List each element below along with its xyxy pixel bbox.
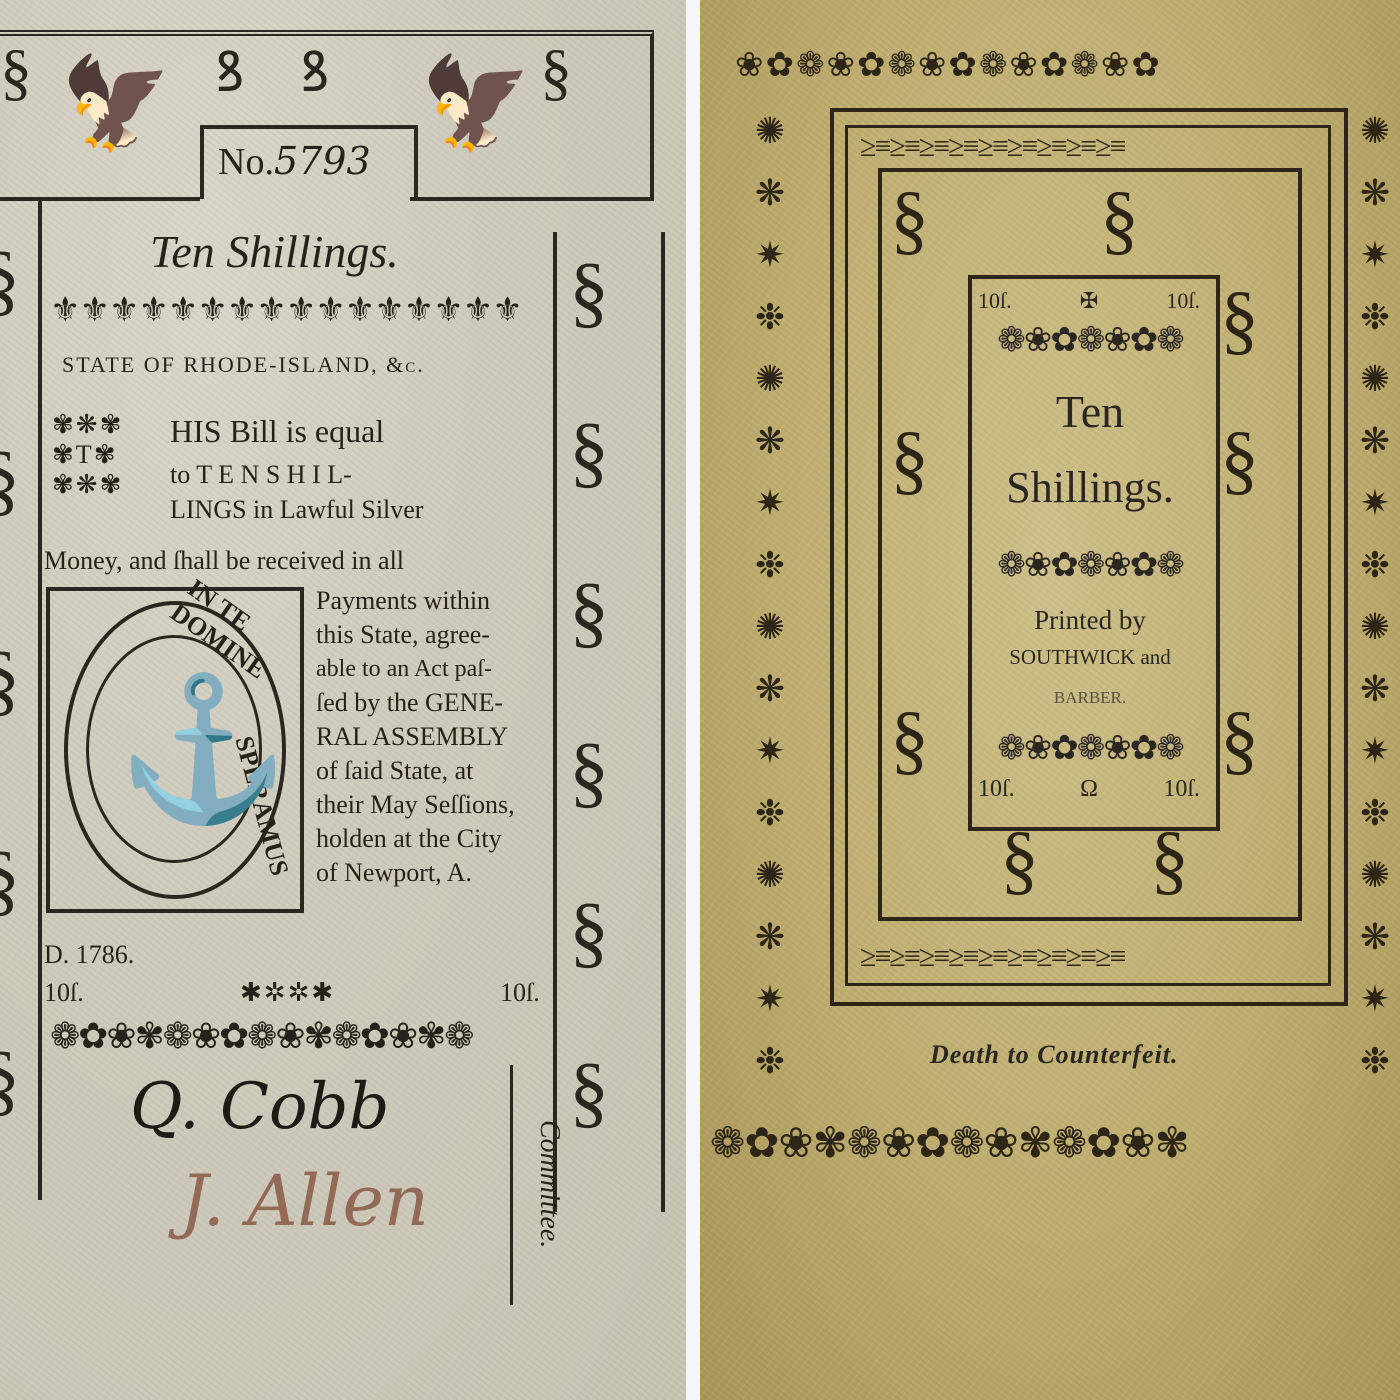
- body-line-13: of Newport, A.: [316, 858, 472, 888]
- vine-icon: §: [569, 412, 609, 492]
- eagle-right-icon: 🦅: [420, 60, 532, 150]
- ornament-column-glyphs: ✺ ❋ ✷ ❉ ✺ ❋ ✷ ❉ ✺ ❋ ✷ ❉ ✺ ❋ ✷ ❉: [725, 100, 815, 1092]
- body-line-8: ſed by the GENE-: [316, 688, 503, 718]
- scroll-ornament-icon: §: [890, 420, 929, 498]
- rosette-row-middle: ❁❀✿❁❀✿❁: [968, 545, 1212, 585]
- scroll-ornament-icon: §: [1150, 820, 1189, 898]
- flower-ornament-icon: ✾: [94, 440, 118, 469]
- right-vine-border: § § § § § §: [553, 232, 665, 1212]
- vine-icon: §: [0, 840, 20, 920]
- flower-ornament-icon: ✾: [52, 440, 76, 469]
- serial-number: No.5793: [218, 139, 371, 184]
- denomination-left: 10ſ.: [44, 978, 84, 1008]
- banknote-front: § 🦅 ꝸ ꝸ 🦅 § No.5793 § § § § § § § § § § …: [0, 0, 686, 1400]
- center-mark-icon: Ω: [1080, 776, 1098, 802]
- printer-line-1: Printed by: [968, 605, 1212, 636]
- fleur-de-lis-row: ⚜⚜⚜⚜⚜⚜⚜⚜⚜⚜⚜⚜⚜⚜⚜⚜: [50, 290, 522, 330]
- note-title: Ten Shillings.: [150, 225, 399, 278]
- denomination-top-left: 10ſ.: [978, 288, 1012, 314]
- vine-icon: §: [0, 240, 20, 320]
- top-ornament-row: ❀✿❁❀✿❁❀✿❁❀✿❁❀✿: [735, 45, 1162, 85]
- rosette-row-top: ❁❀✿❁❀✿❁: [968, 320, 1212, 360]
- vine-icon: §: [569, 732, 609, 812]
- left-ornament-column: ✺ ❋ ✷ ❉ ✺ ❋ ✷ ❉ ✺ ❋ ✷ ❉ ✺ ❋ ✷ ❉: [725, 100, 815, 1092]
- star-ornament-row: ✱✲✲✱: [240, 978, 335, 1008]
- chevron-border-bottom: ≥≡≥≡≥≡≥≡≥≡≥≡≥≡≥≡≥≡: [860, 940, 1124, 974]
- printer-line-3: BARBER.: [968, 688, 1212, 708]
- signature-allen: J. Allen: [180, 1160, 429, 1242]
- scroll-ornament-icon: §: [890, 700, 929, 778]
- flower-ornament-icon: ✾❋✾: [52, 410, 123, 440]
- back-title-line-2: Shillings.: [968, 462, 1212, 513]
- vine-icon: §: [0, 440, 20, 520]
- eagle-left-icon: 🦅: [60, 60, 172, 150]
- body-line-3: LINGS in Lawful Silver: [170, 495, 423, 525]
- small-ornament-icon: ✠: [1080, 288, 1098, 313]
- body-line-10: of ſaid State, at: [316, 756, 473, 786]
- denomination-right: 10ſ.: [500, 978, 540, 1008]
- vine-icon: §: [569, 892, 609, 972]
- vine-icon: §: [0, 1040, 20, 1120]
- panel-bottom-denominations: 10ſ. Ω 10ſ.: [968, 776, 1212, 803]
- rosette-row-bottom: ❁❀✿❁❀✿❁: [968, 728, 1212, 768]
- body-line-7: able to an Act paſ-: [316, 654, 492, 684]
- back-title-line-1: Ten: [968, 385, 1212, 438]
- bottom-rosette-row: ❁✿❀✾❁❀✿❁❀✾❁✿❀✾: [710, 1118, 1189, 1168]
- scroll-ornament-icon: ꝸ: [215, 45, 244, 101]
- body-line-4: Money, and ſhall be received in all: [44, 546, 404, 576]
- scroll-ornament-icon: §: [890, 180, 929, 258]
- scroll-ornament-icon: ꝸ: [300, 45, 329, 101]
- right-ornament-column: ✺ ❋ ✷ ❉ ✺ ❋ ✷ ❉ ✺ ❋ ✷ ❉ ✺ ❋ ✷ ❉: [1345, 100, 1400, 1092]
- left-vine-border: § § § § §: [0, 200, 42, 1200]
- scroll-ornament-icon: §: [1000, 820, 1039, 898]
- initial-letter: T: [76, 440, 94, 469]
- scroll-ornament-icon: §: [540, 40, 572, 104]
- panel-top-denominations: 10ſ. ✠ 10ſ.: [968, 288, 1212, 314]
- vine-icon: §: [0, 640, 20, 720]
- flower-ornament-icon: ✾❋✾: [52, 470, 123, 500]
- body-line-11: their May Seſſions,: [316, 790, 515, 820]
- anchor-seal: IN TE DOMINE SPERAMUS ⚓: [46, 587, 304, 913]
- serial-digits: 5793: [274, 139, 371, 183]
- body-line-9: RAL ASSEMBLY: [316, 722, 508, 752]
- scroll-ornament-icon: §: [1220, 280, 1259, 358]
- vine-icon: §: [569, 1052, 609, 1132]
- committee-brace: [500, 1065, 513, 1305]
- printer-line-2: SOUTHWICK and: [968, 645, 1212, 670]
- counterfeit-warning: Death to Counterfeit.: [930, 1040, 1179, 1070]
- scroll-ornament-icon: §: [1100, 180, 1139, 258]
- committee-label: Committee.: [533, 1120, 565, 1248]
- chevron-border-top: ≥≡≥≡≥≡≥≡≥≡≥≡≥≡≥≡≥≡: [860, 130, 1124, 164]
- signature-cobb: Q. Cobb: [130, 1070, 389, 1144]
- serial-number-box: No.5793: [200, 125, 418, 199]
- initial-ornament-block: ✾❋✾ ✾T✾ ✾❋✾: [52, 410, 123, 500]
- scroll-ornament-icon: §: [1220, 700, 1259, 778]
- body-line-1: HIS Bill is equal: [170, 415, 384, 448]
- denomination-top-right: 10ſ.: [1166, 288, 1200, 314]
- date-line: D. 1786.: [44, 940, 134, 970]
- ornament-column-glyphs: ✺ ❋ ✷ ❉ ✺ ❋ ✷ ❉ ✺ ❋ ✷ ❉ ✺ ❋ ✷ ❉: [1345, 100, 1400, 1092]
- denomination-bottom-right: 10ſ.: [1163, 776, 1200, 803]
- denomination-bottom-left: 10ſ.: [978, 776, 1015, 803]
- panel-divider: [686, 0, 700, 1400]
- vine-icon: §: [569, 252, 609, 332]
- rosette-row: ❁✿❀✾❁❀✿❁❀✾❁✿❀✾❁: [50, 1015, 472, 1057]
- serial-prefix: No.: [218, 141, 274, 183]
- body-line-5: Payments within: [316, 586, 490, 616]
- scroll-ornament-icon: §: [1220, 420, 1259, 498]
- state-heading: STATE OF RHODE-ISLAND, &c.: [62, 352, 425, 378]
- scroll-ornament-icon: §: [0, 40, 32, 104]
- anchor-icon: ⚓: [116, 681, 290, 821]
- body-line-12: holden at the City: [316, 824, 502, 854]
- body-line-2: to T E N S H I L-: [170, 460, 352, 490]
- body-line-6: this State, agree-: [316, 620, 490, 650]
- band-edge-right: [410, 197, 650, 201]
- vine-icon: §: [569, 572, 609, 652]
